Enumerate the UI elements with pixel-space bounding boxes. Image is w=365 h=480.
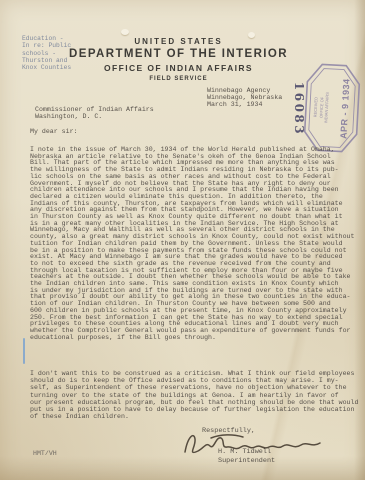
received-date-stamp-icon: RECEIVED OFFICE OF INDIAN AFFAIRS APR - … — [301, 61, 364, 156]
signed-title: Superintendent — [218, 457, 275, 465]
margin-highlight-mark — [23, 338, 25, 364]
salutation: My dear sir: — [30, 128, 77, 135]
stamp-office-line2: INDIAN AFFAIRS — [323, 92, 330, 124]
recipient-address: Commissioner of Indian Affairs Washingto… — [35, 106, 154, 120]
stamp-received-label: RECEIVED — [312, 97, 318, 118]
stamp-date: APR - 9 1934 — [338, 78, 351, 139]
typist-initials: HMT/VH — [33, 450, 57, 457]
paper-hole — [121, 29, 129, 35]
dateline: Winnebago Agency Winnebago, Nebraska Mar… — [207, 87, 282, 108]
signed-name: H. M. Tidwell — [218, 448, 271, 456]
letterhead-country: UNITED STATES — [0, 37, 357, 46]
body-paragraph-2: I don't want this to be construed as a c… — [30, 370, 365, 420]
letterhead-department: DEPARTMENT OF THE INTERIOR — [0, 48, 357, 60]
body-paragraph-1: I note in the issue of March 30, 1934 of… — [30, 147, 365, 341]
letter-page: Education - In re: Public schools - Thur… — [0, 0, 365, 480]
letterhead-office: OFFICE OF INDIAN AFFAIRS — [0, 63, 357, 73]
letterhead: UNITED STATES DEPARTMENT OF THE INTERIOR… — [0, 37, 357, 82]
